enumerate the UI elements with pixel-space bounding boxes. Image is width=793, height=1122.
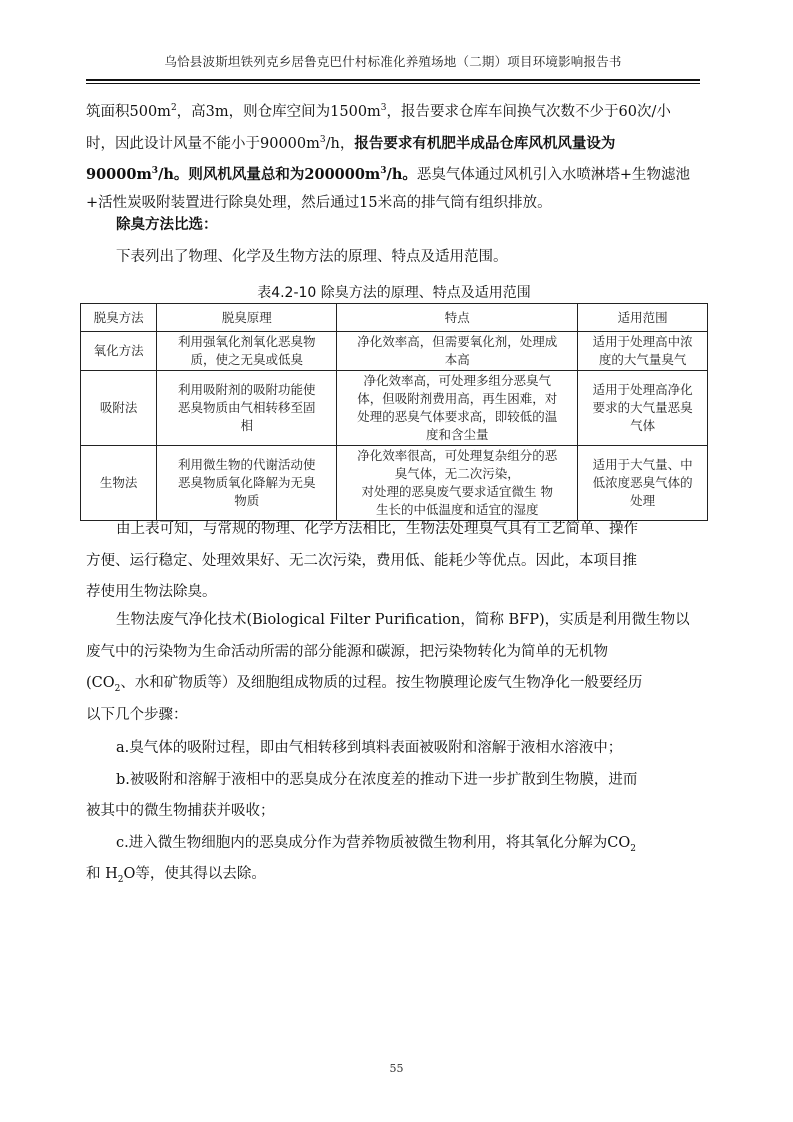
column-header: 脱臭原理: [157, 304, 337, 332]
text-line: 方便、运行稳定、处理效果好、无二次污染，费用低、能耗少等优点。因此，本项目推: [86, 546, 700, 578]
bfp-paragraph: 生物法废气净化技术(Biological Filter Purification…: [86, 605, 700, 731]
text-line: 以下几个步骤：: [86, 700, 700, 732]
column-header: 脱臭方法: [81, 304, 157, 332]
table-row: 吸附法 利用吸附剂的吸附功能使恶臭物质由气相转移至固相 净化效率高，可处理多组分…: [81, 371, 708, 446]
scope-cell: 适用于处理高净化要求的大气量恶臭气体: [578, 371, 708, 446]
section-heading: 除臭方法比选：: [116, 213, 218, 234]
principle-cell: 利用吸附剂的吸附功能使恶臭物质由气相转移至固相: [157, 371, 337, 446]
features-cell: 净化效率高，但需要氧化剂，处理成本高: [337, 332, 578, 371]
step-b: b.被吸附和溶解于液相中的恶臭成分在浓度差的推动下进一步扩散到生物膜，进而: [86, 765, 700, 797]
intro-sentence: 下表列出了物理、化学及生物方法的原理、特点及适用范围。: [116, 245, 508, 266]
principle-cell: 利用强氧化剂氧化恶臭物质，使之无臭或低臭: [157, 332, 337, 371]
method-cell: 氧化方法: [81, 332, 157, 371]
text-line: 时，因此设计风量不能小于90000m3/h，报告要求有机肥半成品仓库风机风量设为: [86, 125, 700, 157]
conclusion-paragraph: 由上表可知，与常规的物理、化学方法相比，生物法处理臭气具有工艺简单、操作 方便、…: [86, 514, 700, 609]
step-b-continued: 被其中的微生物捕获并吸收；: [86, 796, 700, 828]
intro-paragraph: 筑面积500m2，高3m，则仓库空间为1500m3，报告要求仓库车间换气次数不少…: [86, 93, 700, 219]
emphasis-text: 报告要求有机肥半成品仓库风机风量设为: [354, 134, 615, 151]
header-rule: [86, 79, 700, 81]
scope-cell: 适用于大气量、中低浓度恶臭气体的处理: [578, 446, 708, 521]
text-line: 废气中的污染物为生命活动所需的部分能源和碳源，把污染物转化为简单的无机物: [86, 637, 700, 669]
steps-list: a.臭气体的吸附过程，即由气相转移到填料表面被吸附和溶解于液相水溶液中； b.被…: [86, 733, 700, 891]
step-c: c.进入微生物细胞内的恶臭成分作为营养物质被微生物利用，将其氧化分解为CO2: [86, 828, 700, 860]
table-row: 生物法 利用微生物的代谢活动使恶臭物质氧化降解为无臭物质 净化效率很高，可处理复…: [81, 446, 708, 521]
text-line: (CO2、水和矿物质等）及细胞组成物质的过程。按生物膜理论废气生物净化一般要经历: [86, 668, 700, 700]
column-header: 特点: [337, 304, 578, 332]
page-number: 55: [0, 1062, 793, 1075]
text-line: 90000m3/h。则风机风量总和为200000m3/h。恶臭气体通过风机引入水…: [86, 156, 700, 188]
scope-cell: 适用于处理高中浓度的大气量臭气: [578, 332, 708, 371]
text-line: 筑面积500m2，高3m，则仓库空间为1500m3，报告要求仓库车间换气次数不少…: [86, 93, 700, 125]
method-cell: 生物法: [81, 446, 157, 521]
step-a: a.臭气体的吸附过程，即由气相转移到填料表面被吸附和溶解于液相水溶液中；: [86, 733, 700, 765]
deodorization-methods-table: 脱臭方法 脱臭原理 特点 适用范围 氧化方法 利用强氧化剂氧化恶臭物质，使之无臭…: [80, 303, 708, 521]
text-line: 由上表可知，与常规的物理、化学方法相比，生物法处理臭气具有工艺简单、操作: [86, 514, 700, 546]
step-c-continued: 和 H2O等，使其得以去除。: [86, 859, 700, 891]
table-header-row: 脱臭方法 脱臭原理 特点 适用范围: [81, 304, 708, 332]
text-line: 荐使用生物法除臭。: [86, 577, 700, 609]
table-caption: 表4.2-10 除臭方法的原理、特点及适用范围: [80, 282, 708, 302]
principle-cell: 利用微生物的代谢活动使恶臭物质氧化降解为无臭物质: [157, 446, 337, 521]
method-cell: 吸附法: [81, 371, 157, 446]
header-rule-thin: [86, 83, 700, 84]
features-cell: 净化效率很高，可处理复杂组分的恶臭气体，无二次污染，对处理的恶臭废气要求适宜微生…: [337, 446, 578, 521]
column-header: 适用范围: [578, 304, 708, 332]
text-line: 生物法废气净化技术(Biological Filter Purification…: [86, 605, 700, 637]
running-header: 乌恰县波斯坦铁列克乡居鲁克巴什村标准化养殖场地（二期）项目环境影响报告书: [86, 52, 700, 70]
document-page: 乌恰县波斯坦铁列克乡居鲁克巴什村标准化养殖场地（二期）项目环境影响报告书 筑面积…: [0, 0, 793, 1122]
table-row: 氧化方法 利用强氧化剂氧化恶臭物质，使之无臭或低臭 净化效率高，但需要氧化剂，处…: [81, 332, 708, 371]
features-cell: 净化效率高，可处理多组分恶臭气体，但吸附剂费用高，再生困难，对处理的恶臭气体要求…: [337, 371, 578, 446]
